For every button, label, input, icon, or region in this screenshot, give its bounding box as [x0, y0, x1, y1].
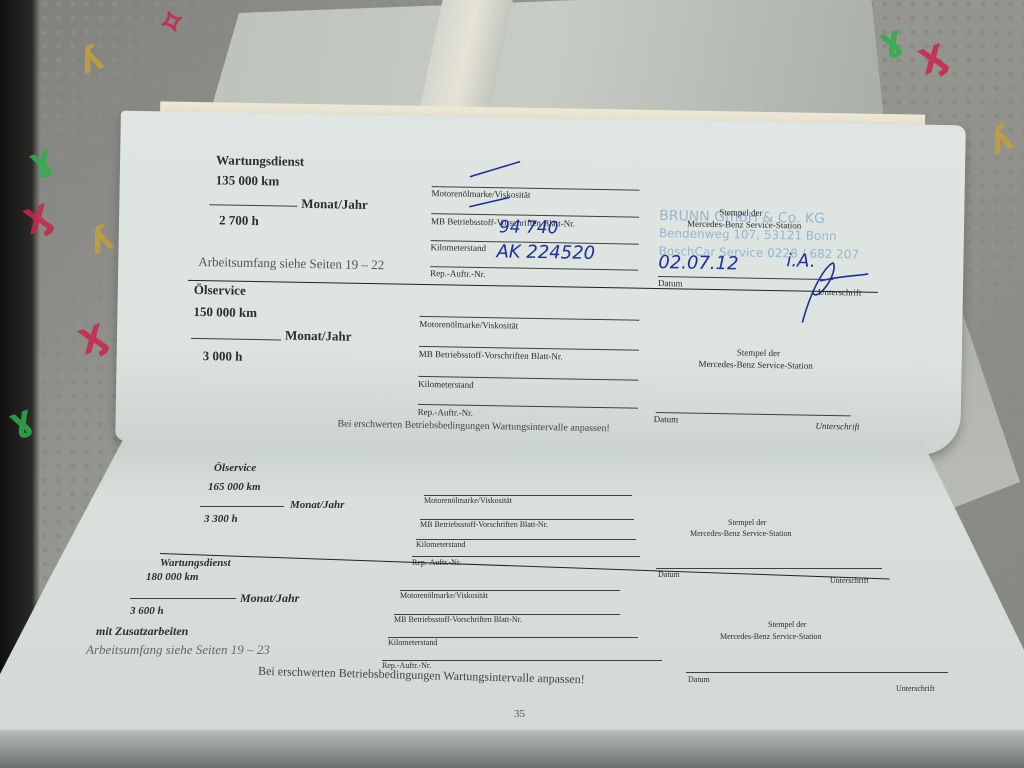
field-label: Kilometerstand	[416, 540, 465, 549]
stamp-label: Stempel der	[737, 347, 780, 358]
date-line	[656, 568, 882, 569]
signature-label: Unterschrift	[815, 421, 859, 432]
date-line	[686, 672, 948, 673]
footer-note: Bei erschwerten Betriebsbedingungen Wart…	[337, 418, 609, 434]
stamp-label: Mercedes-Benz Service-Station	[699, 359, 813, 371]
field-label: MB Betriebsstoff-Vorschriften Blatt-Nr.	[420, 520, 548, 529]
signature-label: Unterschrift	[896, 684, 935, 693]
stamp-label: Stempel der	[768, 620, 806, 629]
date-label: Datum	[688, 675, 710, 684]
entry-title: Wartungsdienst	[216, 152, 304, 170]
field-label: Kilometerstand	[418, 379, 474, 390]
stamp-label: Mercedes-Benz Service-Station	[690, 529, 792, 538]
entry-title: Wartungsdienst	[160, 557, 231, 569]
month-year-label: Monat/Jahr	[240, 591, 299, 606]
stamp-label: Mercedes-Benz Service-Station	[720, 632, 822, 641]
hours-value: 3 300 h	[204, 513, 238, 525]
scope-text: Arbeitsumfang siehe Seiten 19 – 22	[198, 254, 384, 273]
km-value: 180 000 km	[146, 571, 199, 583]
month-year-line	[209, 204, 297, 207]
month-year-line	[130, 598, 236, 599]
field-label: Rep.-Auftr.-Nr.	[418, 407, 473, 418]
month-year-label: Monat/Jahr	[301, 196, 368, 213]
field-label: Motorenölmarke/Viskosität	[424, 496, 512, 505]
stamp-label: Stempel der	[728, 518, 766, 527]
km-value: 135 000 km	[216, 172, 280, 189]
entry-title: Ölservice	[214, 462, 256, 474]
field-label: MB Betriebsstoff-Vorschriften Blatt-Nr.	[419, 349, 563, 362]
month-year-line	[200, 506, 284, 507]
top-page[interactable]: Wartungsdienst 135 000 km Monat/Jahr 2 7…	[115, 111, 966, 456]
scope-text: Arbeitsumfang siehe Seiten 19 – 23	[86, 642, 270, 658]
date-label: Datum	[658, 278, 683, 288]
page-stack-bottom	[0, 730, 1024, 768]
field-label: MB Betriebsstoff-Vorschriften Blatt-Nr.	[394, 615, 522, 624]
field-label: Motorenölmarke/Viskosität	[400, 591, 488, 600]
date-line	[656, 412, 851, 416]
hours-value: 2 700 h	[219, 212, 259, 229]
km-value: 165 000 km	[208, 481, 261, 493]
hours-value: 3 600 h	[130, 605, 164, 617]
field-label: Motorenölmarke/Viskosität	[419, 319, 518, 331]
date-label: Datum	[654, 414, 679, 424]
month-year-label: Monat/Jahr	[285, 328, 352, 345]
pen-strokes	[447, 156, 890, 334]
page-number: 35	[514, 708, 525, 720]
entry-title: Ölservice	[194, 282, 246, 299]
field-label: Kilometerstand	[388, 638, 437, 647]
field-line	[412, 556, 640, 557]
hours-value: 3 000 h	[203, 348, 243, 365]
extra-work-label: mit Zusatzarbeiten	[96, 624, 188, 639]
km-value: 150 000 km	[193, 304, 257, 321]
month-year-label: Monat/Jahr	[290, 499, 344, 511]
month-year-line	[191, 338, 281, 341]
